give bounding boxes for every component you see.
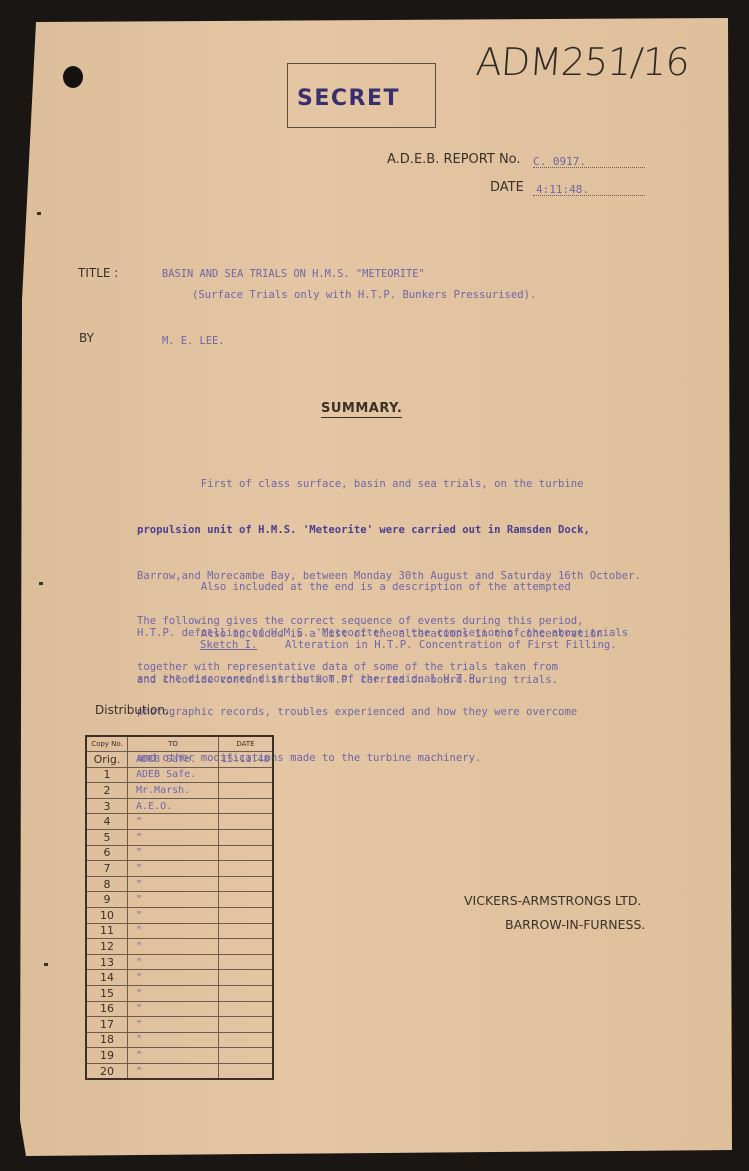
table-row: 5" — [86, 829, 273, 845]
text-line: photographic records, troubles experienc… — [137, 705, 641, 720]
table-row: 19" — [86, 1048, 273, 1064]
report-date: 4:11:48. — [536, 183, 589, 196]
margin-mark — [39, 582, 43, 585]
table-row: Orig.ADEB Safe.15:11:48 — [86, 752, 273, 768]
classification-stamp: SECRET — [297, 86, 400, 111]
table-row: 17" — [86, 1017, 273, 1033]
sketch-label: Sketch I. — [200, 639, 257, 651]
column-header-copy-no: Copy No. — [86, 736, 128, 752]
sketch-caption: Alteration in H.T.P. Concentration of Fi… — [285, 639, 617, 651]
table-row: 15" — [86, 985, 273, 1001]
table-row: 4" — [86, 814, 273, 830]
table-row: 7" — [86, 861, 273, 877]
report-number-label: A.D.E.B. REPORT No. — [387, 152, 521, 167]
table-row: 6" — [86, 845, 273, 861]
text-line: and chloride content in the H.T.P. carri… — [137, 673, 603, 688]
text-line: First of class surface, basin and sea tr… — [137, 477, 641, 492]
table-row: 1ADEB Safe. — [86, 767, 273, 783]
report-number-field: C. 0917. — [533, 152, 645, 168]
distribution-table: Copy No. TO DATE Orig.ADEB Safe.15:11:48… — [85, 735, 274, 1080]
table-row: 8" — [86, 876, 273, 892]
column-header-to: TO — [128, 736, 219, 752]
title-line-2: (Surface Trials only with H.T.P. Bunkers… — [192, 289, 536, 301]
margin-mark — [37, 212, 41, 215]
company-name: VICKERS-ARMSTRONGS LTD. — [464, 893, 641, 908]
archive-reference: ADM251/16 — [474, 40, 690, 84]
title-line-1: BASIN AND SEA TRIALS ON H.M.S. "METEORIT… — [162, 268, 425, 280]
table-row: 2Mr.Marsh. — [86, 783, 273, 799]
punch-hole — [63, 66, 83, 88]
date-label: DATE — [490, 180, 524, 195]
company-location: BARROW-IN-FURNESS. — [505, 917, 645, 932]
table-row: 16" — [86, 1001, 273, 1017]
table-row: 11" — [86, 923, 273, 939]
table-row: 9" — [86, 892, 273, 908]
text-line: propulsion unit of H.M.S. 'Meteorite' we… — [137, 523, 641, 538]
distribution-heading: Distribution. — [95, 703, 169, 717]
table-row: 18" — [86, 1032, 273, 1048]
table-row: 13" — [86, 954, 273, 970]
author-name: M. E. LEE. — [162, 335, 225, 347]
table-row: 3A.E.O. — [86, 798, 273, 814]
table-row: 14" — [86, 970, 273, 986]
title-label: TITLE : — [78, 266, 118, 280]
table-row: 10" — [86, 907, 273, 923]
table-row: 12" — [86, 939, 273, 955]
column-header-date: DATE — [219, 736, 274, 752]
margin-mark — [44, 963, 48, 966]
table-row: 20" — [86, 1063, 273, 1079]
text-line: Also included at the end is a descriptio… — [137, 580, 628, 595]
summary-heading: SUMMARY. — [321, 401, 402, 418]
date-field: 4:11:48. — [533, 180, 645, 196]
table-header-row: Copy No. TO DATE — [86, 736, 273, 752]
report-number: C. 0917. — [533, 155, 586, 168]
author-label: BY — [79, 331, 94, 345]
